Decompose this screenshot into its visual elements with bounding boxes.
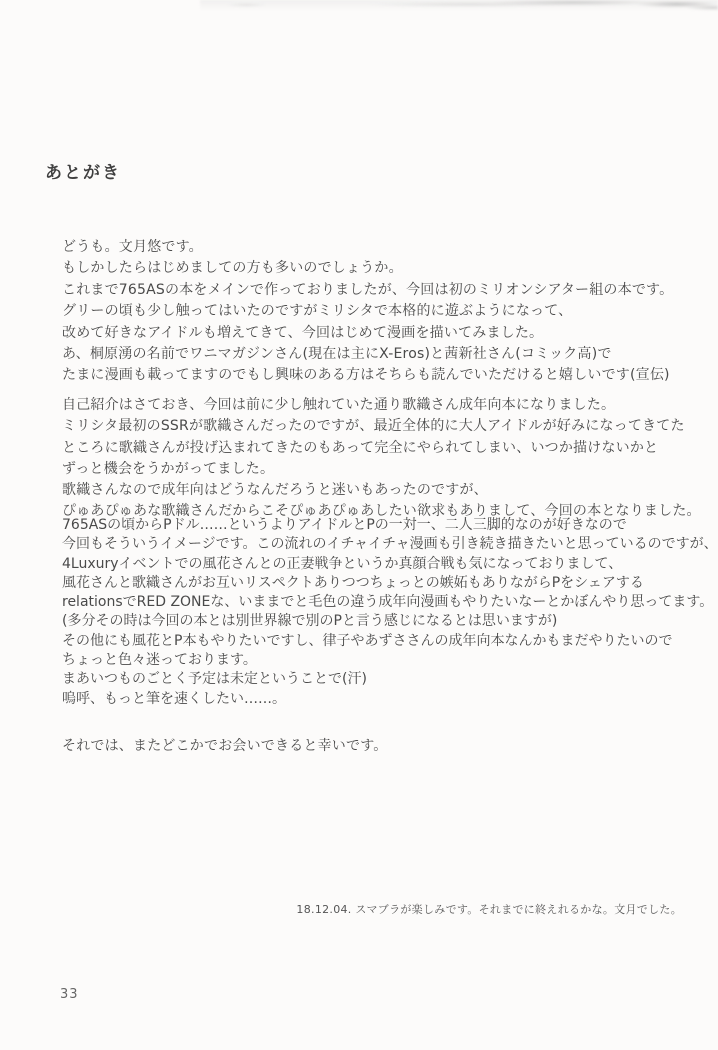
afterword-page: あとがき どうも。文月悠です。 もしかしたらはじめましての方も多いのでしょうか。… (0, 0, 718, 1050)
page-title: あとがき (45, 158, 121, 183)
date-signature: 18.12.04. スマブラが楽しみです。それまでに終えれるかな。文月でした。 (296, 901, 682, 917)
page-number: 33 (60, 987, 79, 1002)
afterword-paragraph-intro: どうも。文月悠です。 もしかしたらはじめましての方も多いのでしょうか。 これまで… (62, 237, 673, 387)
afterword-paragraph-about-book: 自己紹介はさておき、今回は前に少し触れていた通り歌織さん成年向本になりました。 … (62, 395, 701, 523)
closing-line: それでは、またどこかでお会いできると幸いです。 (62, 735, 387, 755)
scan-artifact-top-edge (200, 0, 718, 14)
afterword-paragraph-future-plans: 765ASの頃からPドル……というよりアイドルとPの一対一、二人三脚的なのが好き… (62, 516, 718, 709)
